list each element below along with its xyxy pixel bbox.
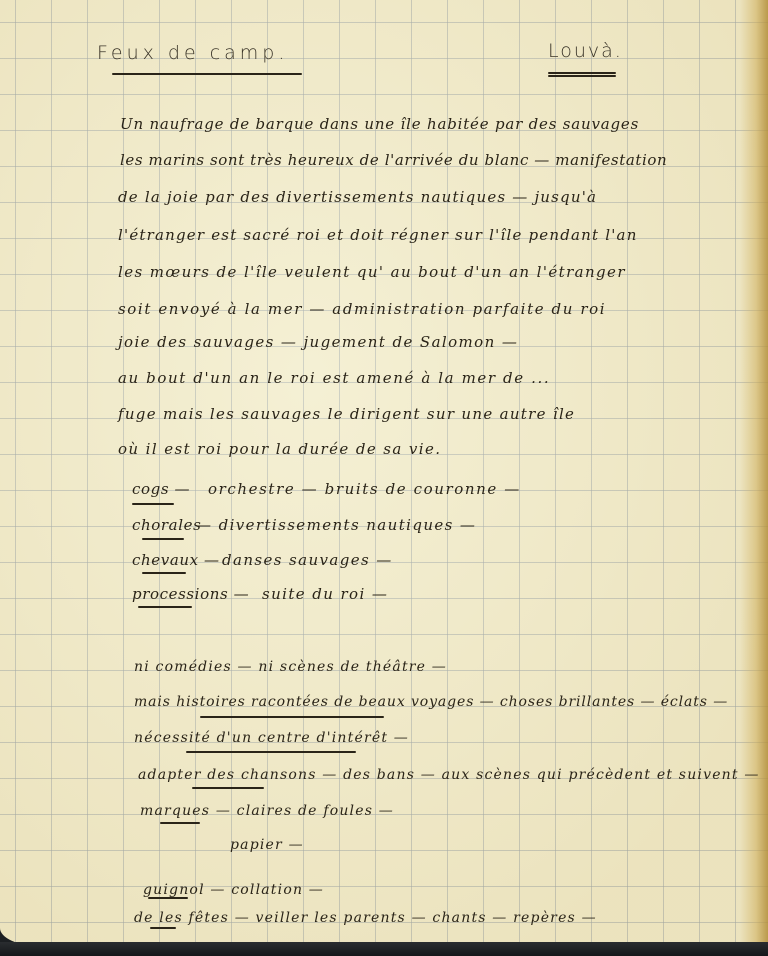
paragraph-line: soit envoyé à la mer — administration pa…	[118, 302, 606, 317]
paragraph-line: joie des sauvages — jugement de Salomon …	[118, 335, 518, 350]
phrase-underline	[192, 787, 264, 789]
paragraph-line: au bout d'un an le roi est amené à la me…	[118, 371, 550, 386]
note-line: marques — claires de foules —	[140, 804, 394, 818]
list-item-text: orchestre — bruits de couronne —	[208, 482, 521, 497]
term-underline	[142, 572, 186, 574]
header-note: Louvà.	[548, 42, 623, 61]
notebook-page: Feux de camp. Louvà. Un naufrage de barq…	[0, 0, 768, 946]
paragraph-line: fuge mais les sauvages le dirigent sur u…	[118, 407, 575, 422]
phrase-underline	[200, 716, 384, 718]
note-line: papier —	[230, 838, 304, 852]
scan-edge-shadow	[0, 942, 768, 956]
term-underline	[160, 822, 200, 824]
page-title: Feux de camp.	[97, 44, 288, 63]
paragraph-line: l'étranger est sacré roi et doit régner …	[118, 228, 638, 243]
paragraph-line: de la joie par des divertissements nauti…	[118, 190, 597, 205]
paragraph-line: Un naufrage de barque dans une île habit…	[120, 117, 639, 132]
note-line: guignol — collation —	[143, 883, 324, 897]
note-line: de les fêtes — veiller les parents — cha…	[134, 911, 597, 925]
paragraph-line: où il est roi pour la durée de sa vie.	[118, 442, 441, 457]
list-item-text: danses sauvages —	[222, 553, 393, 568]
list-item-term: cogs —	[132, 482, 190, 497]
term-underline	[150, 927, 176, 929]
note-line: adapter des chansons — des bans — aux sc…	[138, 768, 760, 782]
paragraph-line: les marins sont très heureux de l'arrivé…	[120, 153, 667, 168]
list-item-term: chevaux —	[132, 553, 220, 568]
list-item-text: — divertissements nautiques —	[196, 518, 476, 533]
list-item-term: processions —	[132, 587, 249, 602]
list-item-text: suite du roi —	[262, 587, 388, 602]
note-line: nécessité d'un centre d'intérêt —	[134, 731, 409, 745]
term-underline	[138, 606, 192, 608]
header-note-double-underline	[548, 72, 616, 74]
note-line: ni comédies — ni scènes de théâtre —	[134, 660, 447, 674]
list-item-term: chorales	[132, 518, 201, 533]
term-underline	[148, 897, 188, 899]
term-underline	[132, 503, 174, 505]
phrase-underline	[186, 751, 356, 753]
paragraph-line: les mœurs de l'île veulent qu' au bout d…	[118, 265, 626, 280]
term-underline	[142, 538, 184, 540]
note-line: mais histoires racontées de beaux voyage…	[134, 695, 728, 709]
title-underline	[112, 73, 302, 75]
